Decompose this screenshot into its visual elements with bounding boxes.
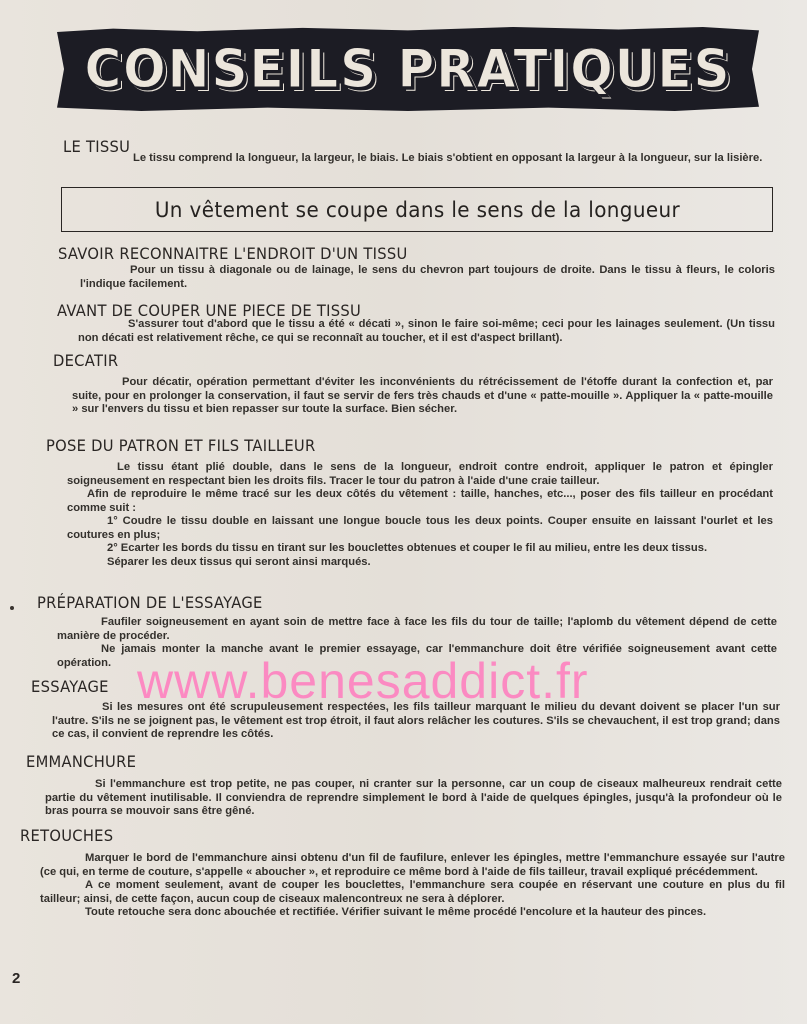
page-title: CONSEILS PRATIQUES <box>84 39 731 100</box>
callout-text: Un vêtement se coupe dans le sens de la … <box>154 198 679 222</box>
ink-speck <box>10 606 14 610</box>
callout-box: Un vêtement se coupe dans le sens de la … <box>61 187 773 232</box>
section-heading-preparation: PRÉPARATION DE L'ESSAYAGE <box>37 593 263 612</box>
section-text-pose-patron: Le tissu étant plié double, dans le sens… <box>67 461 773 569</box>
section-text-retouches: Marquer le bord de l'emmanchure ainsi ob… <box>40 852 785 920</box>
section-text-avant-couper: S'assurer tout d'abord que le tissu a ét… <box>78 318 775 345</box>
section-text-endroit: Pour un tissu à diagonale ou de lainage,… <box>80 264 775 291</box>
page-number: 2 <box>12 970 20 987</box>
section-text-emmanchure: Si l'emmanchure est trop petite, ne pas … <box>45 778 782 819</box>
watermark: www.benesaddict.fr <box>137 652 589 710</box>
section-heading-pose-patron: POSE DU PATRON ET FILS TAILLEUR <box>46 436 315 455</box>
section-heading-retouches: RETOUCHES <box>20 826 113 845</box>
title-banner: CONSEILS PRATIQUES <box>57 27 759 111</box>
section-heading-endroit: SAVOIR RECONNAITRE L'ENDROIT D'UN TISSU <box>58 244 408 263</box>
section-heading-emmanchure: EMMANCHURE <box>26 752 136 771</box>
section-heading-essayage: ESSAYAGE <box>31 677 109 696</box>
section-text-decatir: Pour décatir, opération permettant d'évi… <box>72 376 773 417</box>
section-text-le-tissu: Le tissu comprend la longueur, la largeu… <box>83 152 777 166</box>
section-heading-decatir: DECATIR <box>53 351 118 370</box>
